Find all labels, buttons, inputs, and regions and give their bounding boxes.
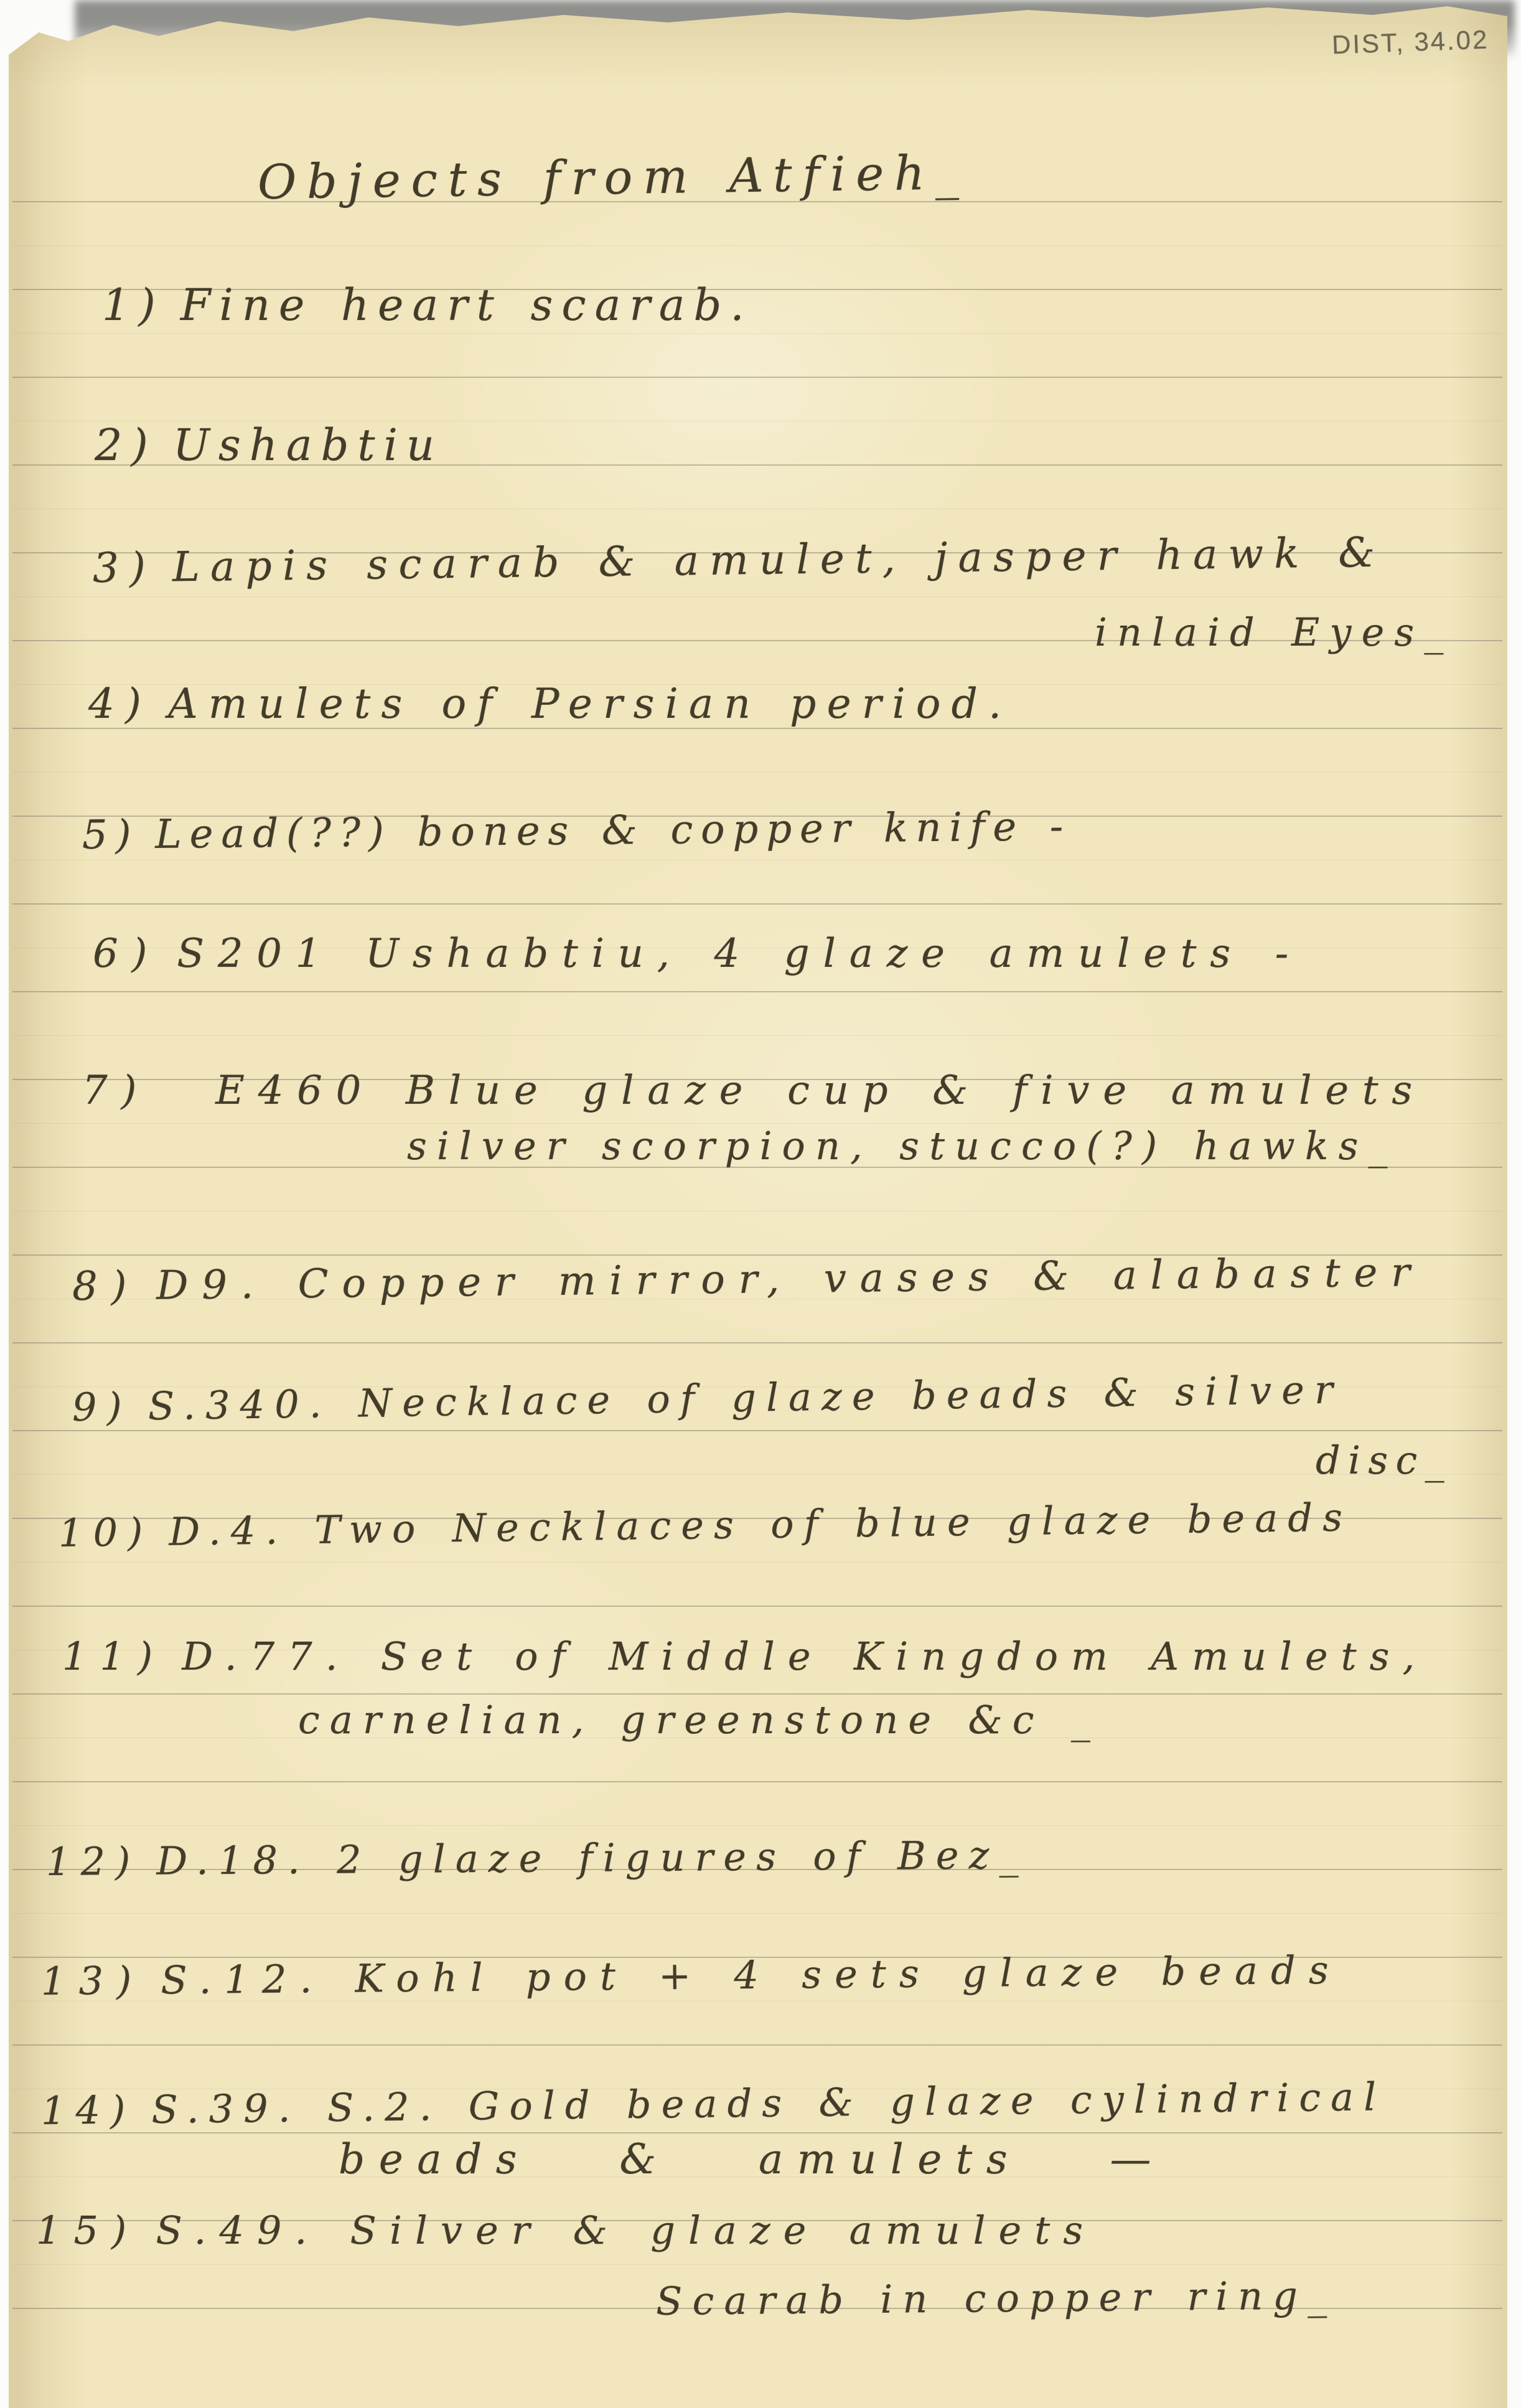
item-number: 1) — [102, 280, 164, 331]
list-item-5: 5)Lead(??) bones & copper knife - — [82, 807, 1072, 855]
list-item-2: 2)Ushabtiu — [95, 423, 443, 467]
item-number: 3) — [93, 543, 157, 592]
item-text: Fine heart scarab. — [180, 280, 753, 331]
item-number: 9) — [72, 1384, 132, 1430]
list-item-15-continuation: Scarab in copper ring_ — [656, 2276, 1337, 2321]
item-number: 12) — [46, 1838, 141, 1884]
list-item-4: 4)Amulets of Persian period. — [88, 684, 1012, 725]
list-item-3-continuation: inlaid Eyes_ — [1095, 613, 1453, 652]
list-item-9-continuation: disc_ — [1316, 1441, 1452, 1480]
list-item-11: 11)D.77. Set of Middle Kingdom Amulets, — [62, 1637, 1428, 1676]
scan-background: DIST, 34.02 Objects from Atfieh_ 1)Fine … — [0, 0, 1521, 2408]
item-number: 15) — [36, 2208, 139, 2253]
item-text: E460 Blue glaze cup & five amulets — [215, 1068, 1426, 1114]
list-item-13: 13)S.12. Kohl pot + 4 sets glaze beads — [41, 1951, 1342, 2001]
item-text: Lead(??) bones & copper knife - — [155, 804, 1071, 858]
list-item-14-continuation: beads & amulets — — [339, 2139, 1165, 2180]
item-number: 2) — [95, 420, 157, 471]
item-number: 5) — [82, 812, 139, 858]
list-item-1: 1)Fine heart scarab. — [102, 283, 753, 327]
item-text: S.49. Silver & glaze amulets — [156, 2208, 1096, 2253]
list-item-12: 12)D.18. 2 glaze figures of Bez_ — [46, 1836, 1029, 1881]
page-title: Objects from Atfieh_ — [257, 149, 969, 206]
item-text: S201 Ushabtiu, 4 glaze amulets - — [177, 931, 1302, 977]
list-item-15: 15)S.49. Silver & glaze amulets — [36, 2211, 1096, 2250]
item-number: 11) — [62, 1634, 166, 1679]
item-text: D.77. Set of Middle Kingdom Amulets, — [182, 1634, 1428, 1679]
item-number: 13) — [41, 1958, 145, 2004]
item-number: 4) — [88, 680, 152, 728]
item-number: 10) — [58, 1509, 153, 1556]
item-number: 6) — [93, 931, 161, 977]
archival-dist-number: DIST, 34.02 — [1331, 25, 1489, 60]
item-number: 8) — [72, 1263, 141, 1310]
item-text: D.18. 2 glaze figures of Bez_ — [156, 1832, 1029, 1884]
item-number: 7) — [82, 1068, 150, 1114]
item-text: Amulets of Persian period. — [168, 680, 1012, 728]
item-text: Ushabtiu — [173, 420, 443, 471]
list-item-7: 7)E460 Blue glaze cup & five amulets — [82, 1071, 1426, 1111]
list-item-7-continuation: silver scorpion, stucco(?) hawks_ — [407, 1127, 1398, 1165]
list-item-11-continuation: carnelian, greenstone &c _ — [298, 1701, 1100, 1739]
paper-sheet: DIST, 34.02 Objects from Atfieh_ 1)Fine … — [9, 0, 1507, 2408]
item-number: 14) — [41, 2087, 136, 2133]
list-item-6: 6)S201 Ushabtiu, 4 glaze amulets - — [93, 934, 1302, 974]
